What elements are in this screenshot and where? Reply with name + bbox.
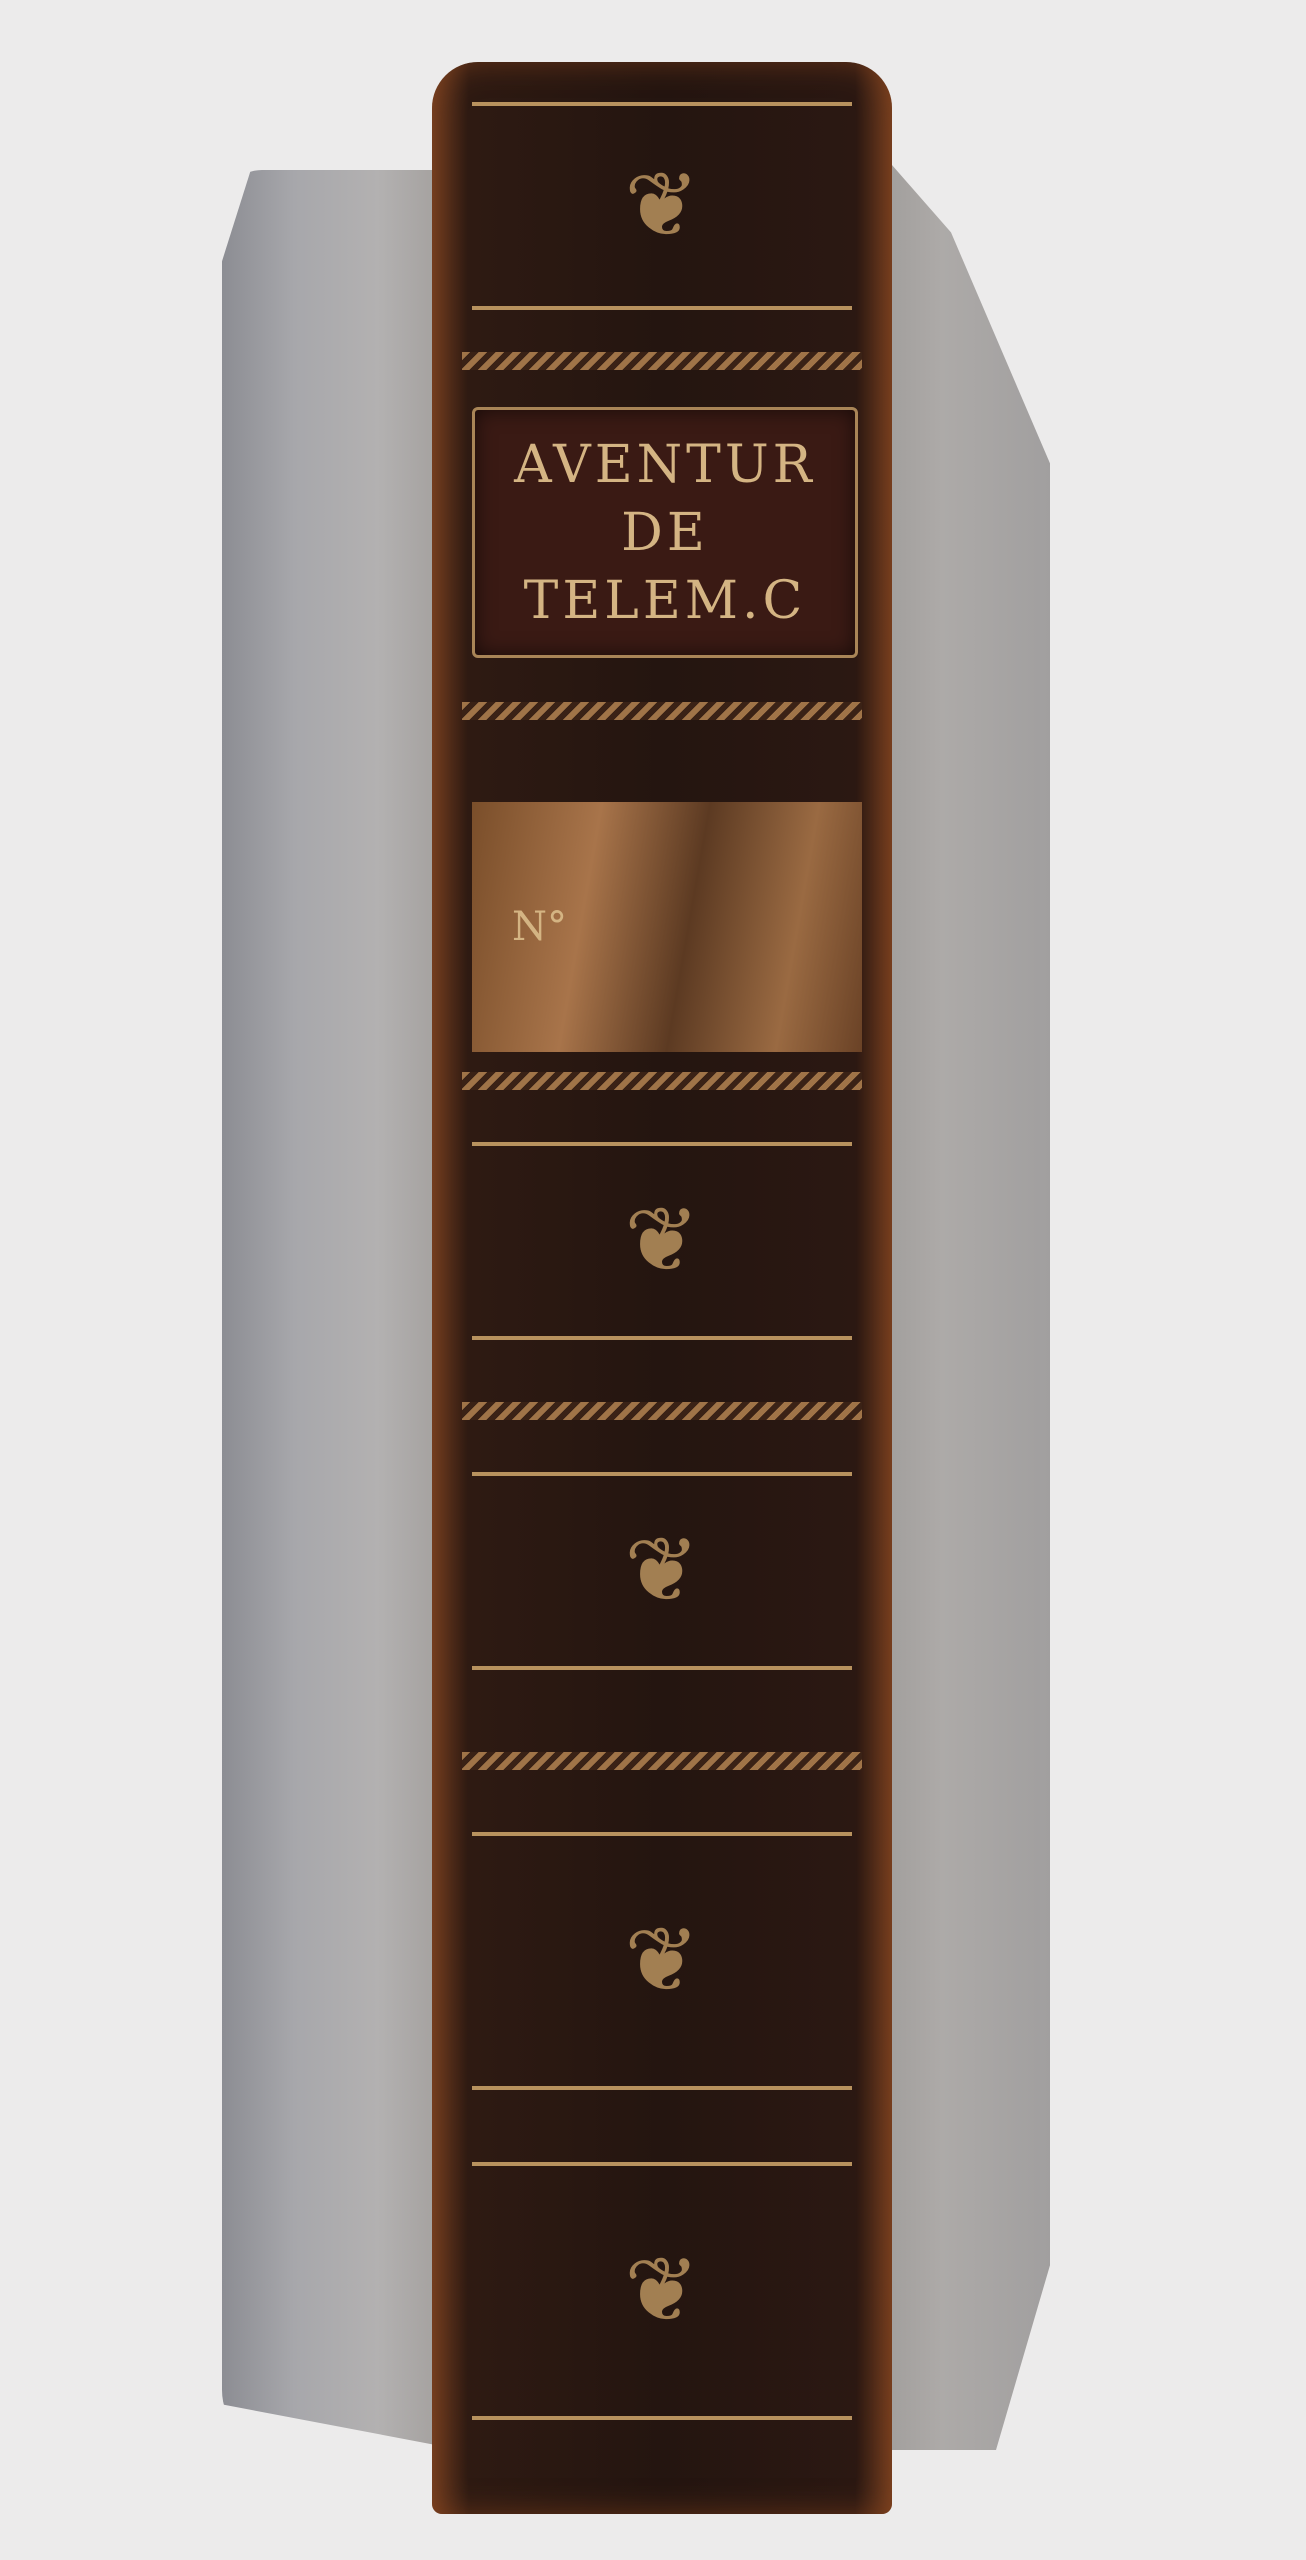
book-spine: ❦ AVENTUR DE TELEM.C N° ❦ ❦ ❦ ❦ [432, 62, 892, 2514]
title-line-3: TELEM.C [524, 567, 807, 635]
ornament-panel-3: ❦ [472, 1472, 852, 1670]
floral-ornament-icon: ❦ [624, 1916, 699, 2006]
ornament-panel-4: ❦ [472, 1832, 852, 2090]
book: ❦ AVENTUR DE TELEM.C N° ❦ ❦ ❦ ❦ [0, 0, 1306, 2560]
title-line-1: AVENTUR [514, 431, 816, 499]
raised-band [462, 702, 862, 720]
raised-band [462, 352, 862, 370]
title-label: AVENTUR DE TELEM.C [472, 407, 858, 658]
floral-ornament-icon: ❦ [624, 1526, 699, 1616]
page-edge-right [870, 140, 1050, 2450]
page-edge-left [222, 170, 462, 2450]
raised-band [462, 1402, 862, 1420]
ornament-panel-5: ❦ [472, 2162, 852, 2420]
raised-band [462, 1072, 862, 1090]
volume-number: N° [512, 904, 567, 950]
title-line-2: DE [621, 499, 709, 567]
floral-ornament-icon: ❦ [624, 1196, 699, 1286]
raised-band [462, 1752, 862, 1770]
volume-panel: N° [472, 802, 862, 1052]
floral-ornament-icon: ❦ [624, 2246, 699, 2336]
ornament-panel-1: ❦ [472, 102, 852, 310]
ornament-panel-2: ❦ [472, 1142, 852, 1340]
floral-ornament-icon: ❦ [624, 161, 699, 251]
